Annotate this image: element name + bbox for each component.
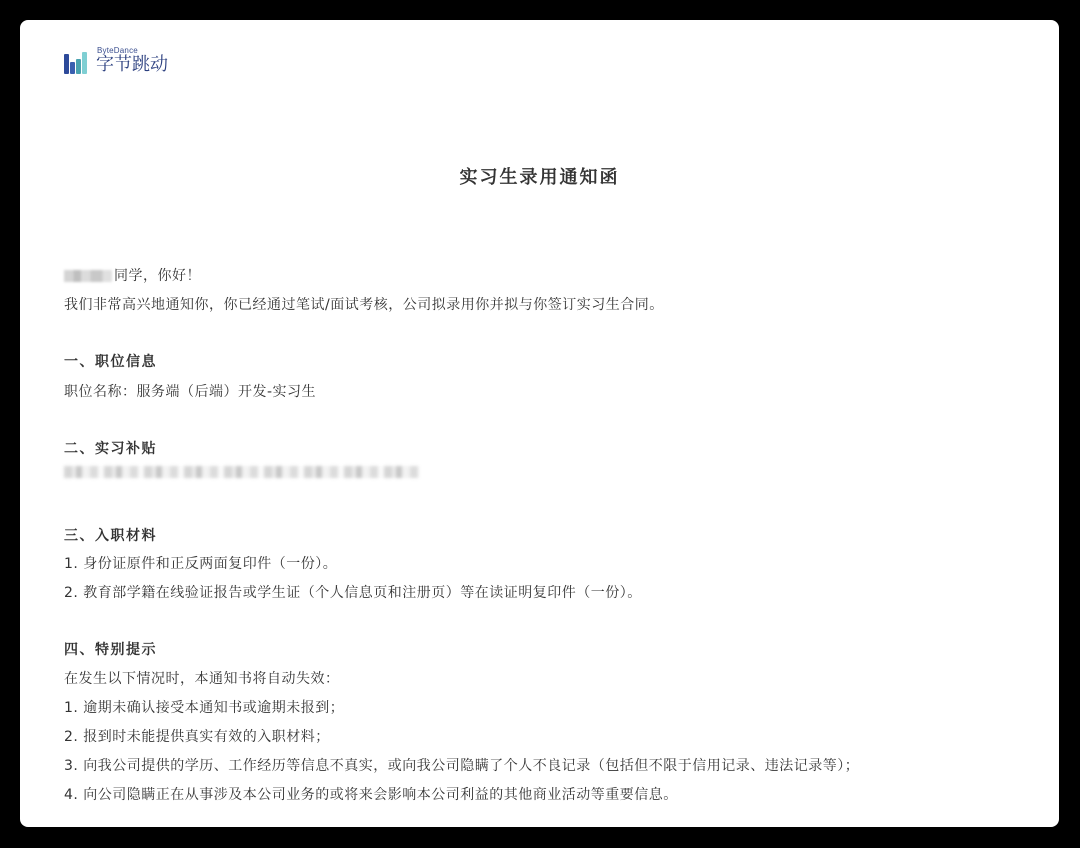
notice-item-2: 2. 报到时未能提供真实有效的入职材料； <box>64 727 330 747</box>
materials-item-1: 1. 身份证原件和正反两面复印件（一份）。 <box>64 554 337 574</box>
offer-letter-page: ByteDance 字节跳动 实习生录用通知函 同学，你好！ 我们非常高兴地通知… <box>20 20 1059 827</box>
document-title: 实习生录用通知函 <box>20 163 1059 189</box>
logo-text-cn: 字节跳动 <box>96 54 168 76</box>
section-heading-notice: 四、特别提示 <box>64 640 157 660</box>
redacted-name <box>64 270 112 282</box>
notice-intro: 在发生以下情况时，本通知书将自动失效： <box>64 669 340 689</box>
section-heading-position: 一、职位信息 <box>64 352 157 372</box>
notice-item-3: 3. 向我公司提供的学历、工作经历等信息不真实，或向我公司隐瞒了个人不良记录（包… <box>64 756 859 776</box>
notice-item-4: 4. 向公司隐瞒正在从事涉及本公司业务的或将来会影响本公司利益的其他商业活动等重… <box>64 785 678 805</box>
materials-item-2: 2. 教育部学籍在线验证报告或学生证（个人信息页和注册页）等在读证明复印件（一份… <box>64 583 642 603</box>
notice-item-1: 1. 逾期未确认接受本通知书或逾期未报到； <box>64 698 344 718</box>
section-heading-allowance: 二、实习补贴 <box>64 439 157 459</box>
bytedance-logo: ByteDance 字节跳动 <box>64 46 184 76</box>
greeting: 同学，你好！ <box>64 266 201 286</box>
greeting-text: 同学，你好！ <box>114 268 201 284</box>
intro-paragraph: 我们非常高兴地通知你，你已经通过笔试/面试考核，公司拟录用你并拟与你签订实习生合… <box>64 295 664 315</box>
logo-bars-icon <box>64 52 92 74</box>
section-heading-materials: 三、入职材料 <box>64 526 157 546</box>
position-name: 职位名称：服务端（后端）开发-实习生 <box>64 382 316 402</box>
redacted-allowance <box>64 466 420 478</box>
